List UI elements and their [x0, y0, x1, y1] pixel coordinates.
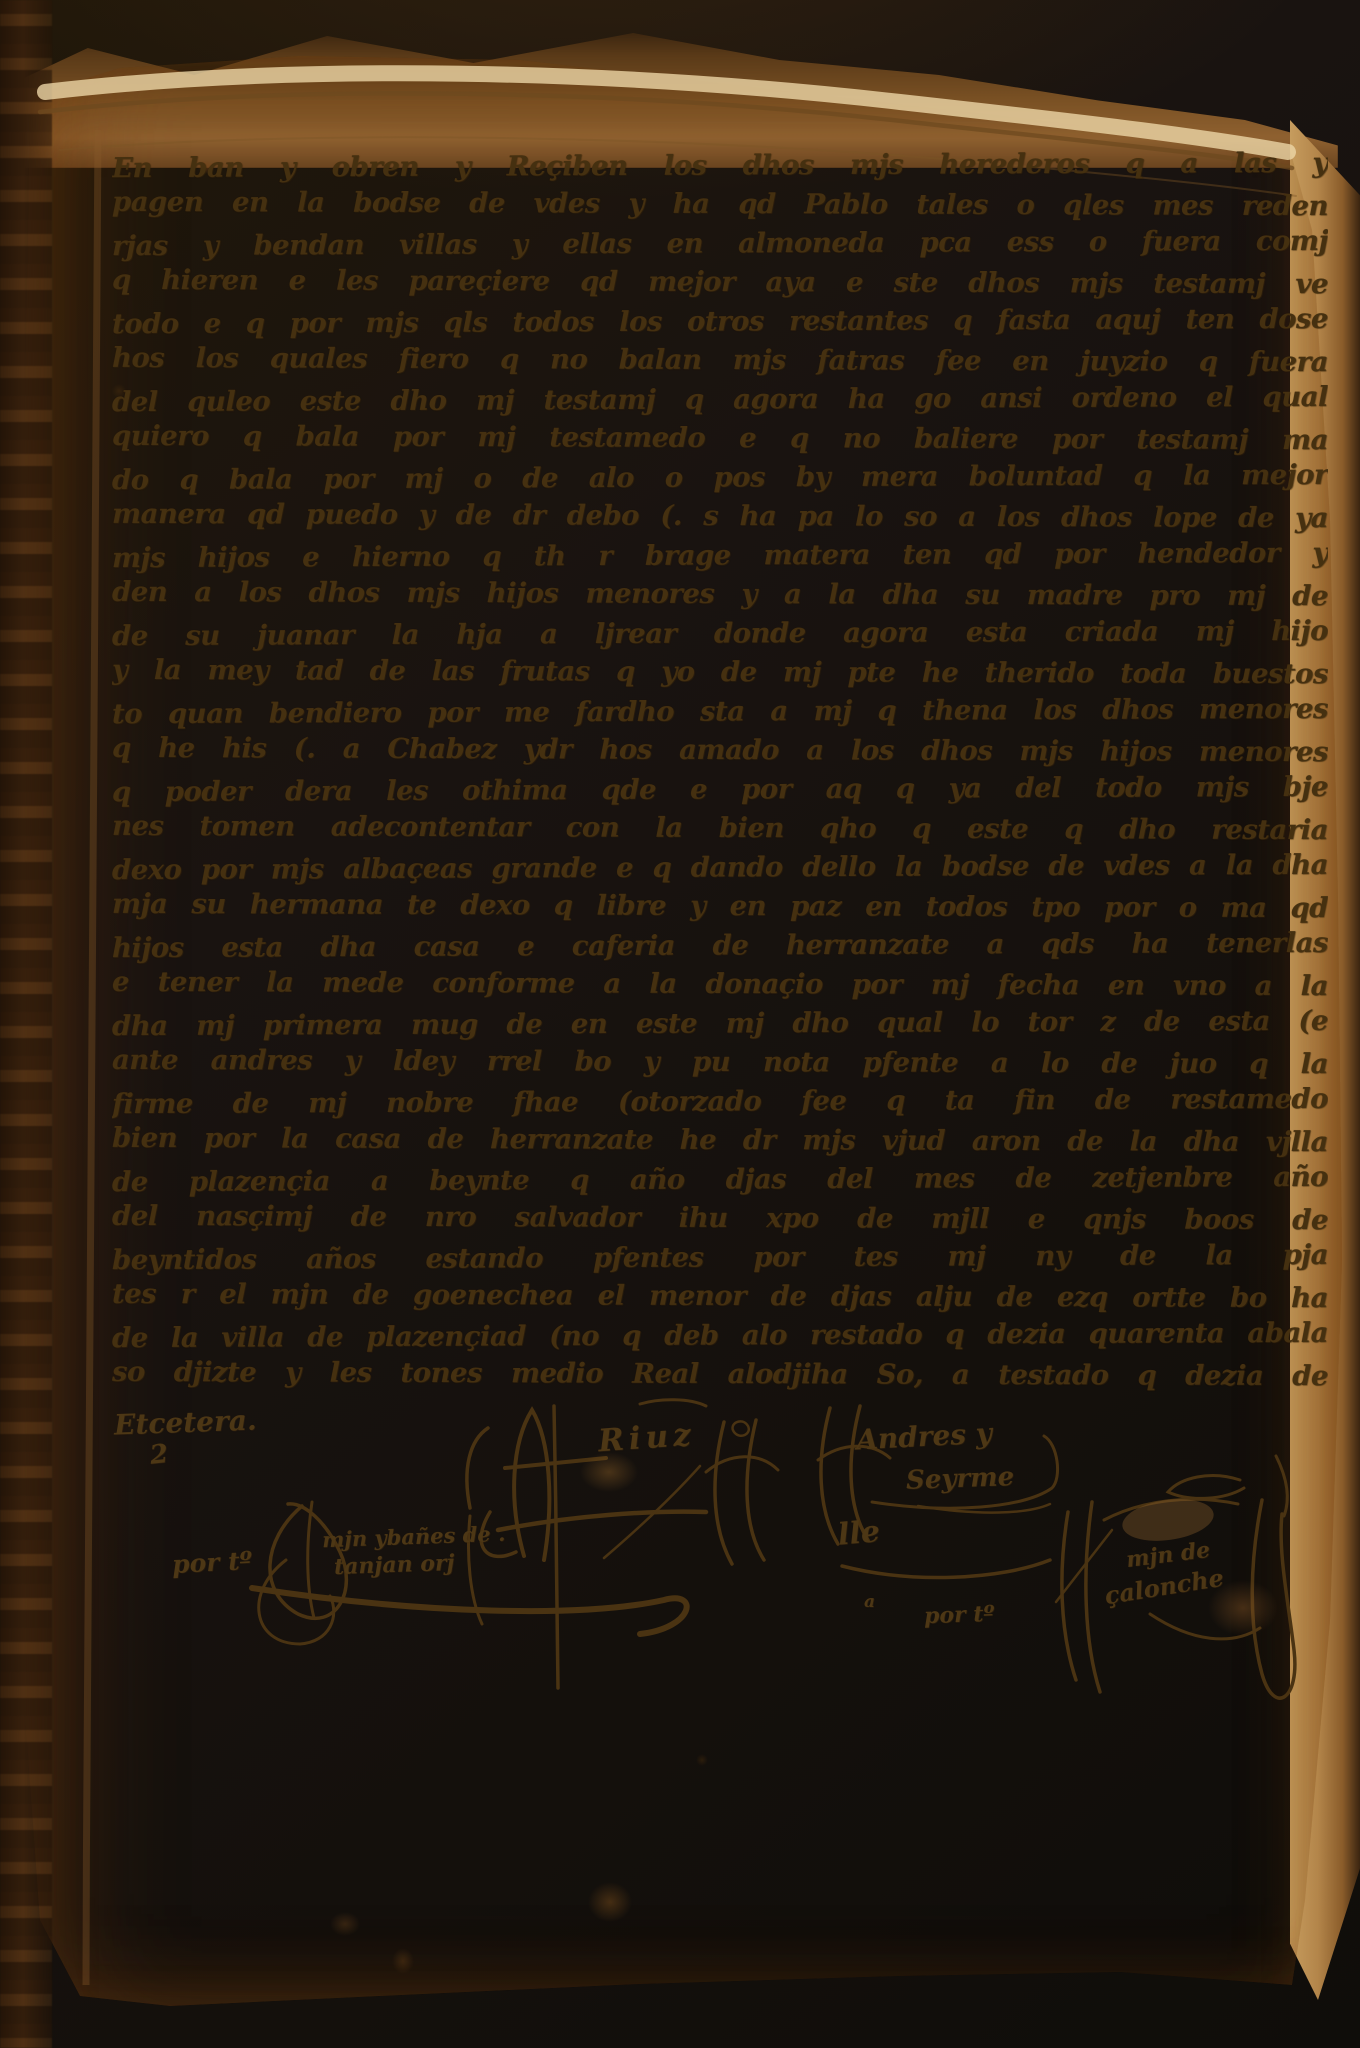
manuscript-text-line: y la mey tad de las frutas q yo de mj pt…: [112, 651, 1328, 694]
manuscript-text-line: hijos esta dha casa e caferia de herranz…: [112, 924, 1328, 968]
manuscript-text-line: todo e q por mjs qls todos los otros res…: [112, 300, 1328, 344]
manuscript-text-line: rjas y bendan villas y ellas en almoneda…: [112, 222, 1328, 266]
manuscript-text-line: firme de mj nobre fhae (otorzado fee q t…: [112, 1080, 1328, 1124]
manuscript-text-line: ante andres y ldey rrel bo y pu nota pfe…: [112, 1041, 1328, 1084]
manuscript-text-line: quiero q bala por mj testamedo e q no ba…: [112, 417, 1328, 460]
manuscript-text-line: dha mj primera mug de en este mj dho qua…: [112, 1002, 1328, 1046]
manuscript-text-line: q poder dera les othima qde e por aq q y…: [112, 768, 1328, 812]
manuscript-text-line: beyntidos años estando pfentes por tes m…: [112, 1236, 1328, 1280]
paragraph-mark: 2: [148, 1439, 169, 1471]
manuscript-photo: En ban y obren y Reçiben los dhos mjs he…: [0, 0, 1360, 2048]
manuscript-text-line: de su juanar la hja a ljrear donde agora…: [112, 612, 1328, 656]
manuscript-text-line: to quan bendiero por me fardho sta a mj …: [112, 690, 1328, 734]
manuscript-text-line: nes tomen adecontentar con la bien qho q…: [112, 807, 1328, 850]
manuscript-text-line: manera qd puedo y de dr debo (. s ha pa …: [112, 495, 1328, 538]
signature-left-name-line2: tanjan orj: [334, 1550, 455, 1580]
manuscript-text-line: En ban y obren y Reçiben los dhos mjs he…: [112, 144, 1328, 188]
attestation-por-to-right: por tº: [924, 1601, 995, 1629]
manuscript-text-line: del nasçimj de nro salvador ihu xpo de m…: [112, 1197, 1328, 1240]
manuscript-text-line: q hieren e les pareçiere qd mejor aya e …: [112, 261, 1328, 304]
manuscript-text-line: mjs hijos e hierno q th r brage matera t…: [112, 534, 1328, 578]
manuscript-text-line: e tener la mede conforme a la donaçio po…: [112, 963, 1328, 1006]
manuscript-text-line: tes r el mjn de goenechea el menor de dj…: [112, 1275, 1328, 1318]
manuscript-text-line: q he his (. a Chabez ydr hos amado a los…: [112, 729, 1328, 772]
attestation-mark-small: a: [864, 1592, 875, 1612]
manuscript-text-block: En ban y obren y Reçiben los dhos mjs he…: [112, 146, 1328, 1394]
signature-andres-line2: Seyrme: [906, 1462, 1015, 1496]
manuscript-text-line: so djizte y les tones medio Real alodjih…: [112, 1353, 1328, 1396]
manuscript-text-line: de plazençia a beynte q año djas del mes…: [112, 1158, 1328, 1202]
manuscript-text-line: pagen en la bodse de vdes y ha qd Pablo …: [112, 183, 1328, 226]
manuscript-text-line: bien por la casa de herranzate he dr mjs…: [112, 1119, 1328, 1162]
manuscript-text-line: den a los dhos mjs hijos menores y a la …: [112, 573, 1328, 616]
manuscript-text-line: mja su hermana te dexo q libre y en paz …: [112, 885, 1328, 928]
manuscript-text-line: del quleo este dho mj testamj q agora ha…: [112, 378, 1328, 422]
attestation-por-to-left: por tº: [171, 1546, 252, 1579]
manuscript-text-line: hos los quales fiero q no balan mjs fatr…: [112, 339, 1328, 382]
signature-andres-flourish-text: lle: [837, 1514, 882, 1553]
manuscript-text-line: do q bala por mj o de alo o pos by mera …: [112, 456, 1328, 500]
manuscript-text-line: dexo por mjs albaçeas grande e q dando d…: [112, 846, 1328, 890]
closing-etcetera: Etcetera.: [113, 1404, 257, 1442]
signature-ruiz-name: Riuz: [597, 1417, 697, 1460]
manuscript-text-line: de la villa de plazençiad (no q deb alo …: [112, 1314, 1328, 1358]
